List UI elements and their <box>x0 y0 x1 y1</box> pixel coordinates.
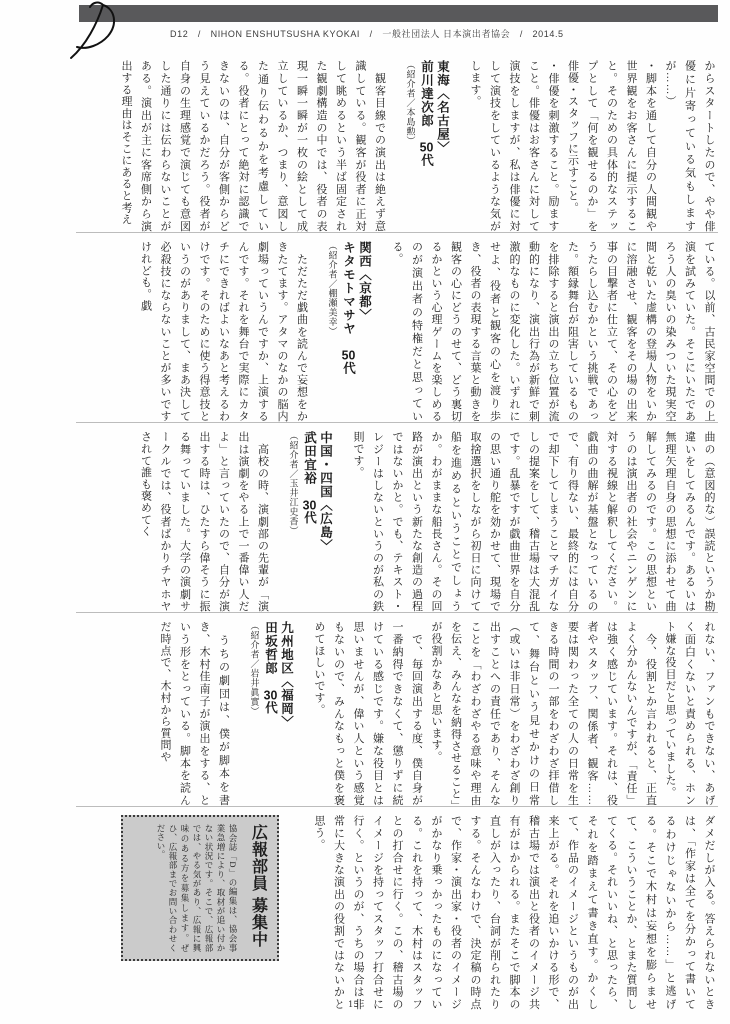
entry-age: 30 <box>303 499 317 512</box>
magazine-page: D12 / NIHON ENSHUTSUSHA KYOKAI / 一般社団法人 … <box>0 0 730 1024</box>
ad-body: 協会誌「D」の編集は、協会事業急増により、取材が追い付かない状況です。そこで、広… <box>155 824 239 952</box>
entry-band-1: からスタートしたので、やや俳優に片寄っている気もしますが……） ・脚本を通して自… <box>76 60 718 233</box>
entry-name-line: キタモトマサヤ 50代 <box>341 241 357 422</box>
entry-age: 50 <box>342 349 356 362</box>
answer-text-3: 高校の時、演劇部の先輩が「演出は演劇をやる上で一番偉い人だよ」と言っていたので、… <box>135 431 272 612</box>
entry-age-unit: 代 <box>303 511 317 525</box>
entry-introducer: （紹介者／玉井江史香） <box>286 431 302 612</box>
masthead-caption: D12 / NIHON ENSHUTSUSHA KYOKAI / 一般社団法人 … <box>170 27 564 40</box>
entry-band-5: ダメだしが入る。答えられないときは、「作家は全てを分かって書いてるわけじゃないか… <box>76 815 718 1010</box>
brand-logo-d-icon <box>56 0 126 62</box>
entry-age-unit: 代 <box>420 154 434 168</box>
entry-name-line: 武田宜裕 30代 <box>302 431 318 612</box>
continuation-text-2: ている。以前、古民家空間での上演を試みていた。そこにいたであろう人の臭いの染みつ… <box>387 241 719 422</box>
entry-region: 九州地区〈福岡〉 <box>279 621 295 806</box>
recruitment-ad-box: 広報部員 募集中 協会誌「D」の編集は、協会事業急増により、取材が追い付かない状… <box>121 815 279 961</box>
entry-introducer: （紹介者／棚瀬美幸） <box>325 241 341 422</box>
ad-title: 広報部員 募集中 <box>248 824 268 952</box>
masthead-bar <box>79 5 718 22</box>
entry-header-kyushu: 九州地区〈福岡〉 田坂哲郎 30代 （紹介者／岩井眞實） <box>247 621 295 806</box>
answer-text-2: ただただ戯曲を読んで妄想をかきたてます。アタマのなかの脳内劇場っていうんですか、… <box>135 241 311 422</box>
entry-region: 中国・四国〈広島〉 <box>318 431 334 612</box>
entry-region: 関西〈京都〉 <box>357 241 373 422</box>
entry-name: 田坂哲郎 <box>264 621 278 689</box>
entry-name: キタモトマサヤ <box>342 241 356 349</box>
entry-band-2: ている。以前、古民家空間での上演を試みていた。そこにいたであろう人の臭いの染みつ… <box>76 241 718 423</box>
page-number: 15 <box>348 1000 359 1010</box>
continuation-text-3: 曲の（意図的な）誤読というか勘違いをしてみるんです。あるいは無理矢理自身の思想に… <box>348 431 719 612</box>
entry-region: 東海〈名古屋〉 <box>435 60 451 232</box>
entry-name: 前川達次郎 <box>420 60 434 141</box>
continuation-text-4: れない、ファンもできない、あげく面白くないと責められる、ホント嫌な役目だと思って… <box>309 621 719 806</box>
entry-band-4: れない、ファンもできない、あげく面白くないと責められる、ホント嫌な役目だと思って… <box>76 621 718 807</box>
answer-text-4: うちの劇団は、僕が脚本を書き、木村佳南子が演出をする、という形をとっている。脚本… <box>155 621 233 806</box>
entry-band-3: 曲の（意図的な）誤読というか勘違いをしてみるんです。あるいは無理矢理自身の思想に… <box>76 431 718 613</box>
entry-header-kansai: 関西〈京都〉 キタモトマサヤ 50代 （紹介者／棚瀬美幸） <box>325 241 373 422</box>
entry-name-line: 田坂哲郎 30代 <box>263 621 279 806</box>
entry-header-chugoku-shikoku: 中国・四国〈広島〉 武田宜裕 30代 （紹介者／玉井江史香） <box>286 431 334 612</box>
entry-age-unit: 代 <box>342 362 356 376</box>
continuation-text-5: ダメだしが入る。答えられないときは、「作家は全てを分かって書いてるわけじゃないか… <box>309 815 719 1010</box>
answer-text-1: 観客目線での演出は絶えず意識している。観客が役者に正対して眺めるという半ば固定さ… <box>116 60 389 232</box>
entry-age: 30 <box>264 689 278 702</box>
entry-header-tokai: 東海〈名古屋〉 前川達次郎 50代 （紹介者／本島勲） <box>403 60 451 232</box>
article-columns: からスタートしたので、やや俳優に片寄っている気もしますが……） ・脚本を通して自… <box>76 60 718 1010</box>
entry-name: 武田宜裕 <box>303 431 317 499</box>
entry-age: 50 <box>420 141 434 154</box>
continuation-text-1: からスタートしたので、やや俳優に片寄っている気もしますが……） ・脚本を通して自… <box>465 60 719 232</box>
entry-name-line: 前川達次郎 50代 <box>419 60 435 232</box>
entry-age-unit: 代 <box>264 701 278 715</box>
entry-introducer: （紹介者／岩井眞實） <box>247 621 263 806</box>
entry-introducer: （紹介者／本島勲） <box>403 60 419 232</box>
